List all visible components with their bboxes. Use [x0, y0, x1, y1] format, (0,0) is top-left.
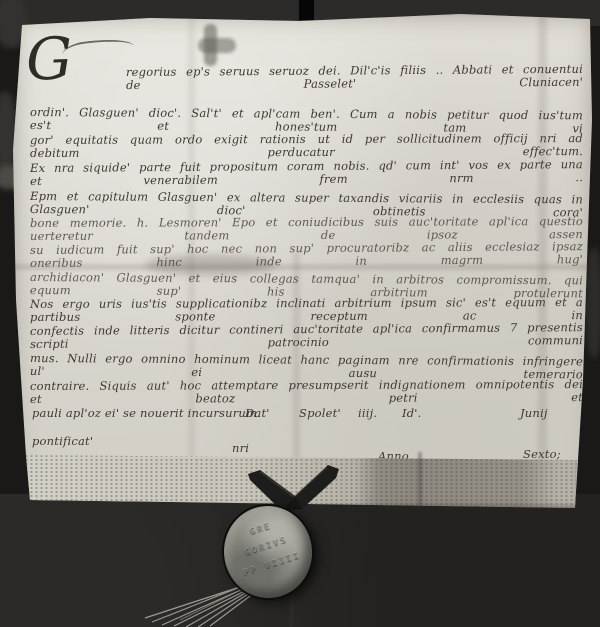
manuscript-line: su iudicum fuit sup' hoc nec non sup' pr… — [30, 240, 583, 269]
initial-flourish — [61, 36, 134, 61]
dateline-dat: Dat' — [245, 407, 270, 420]
yearline-pontificat: pontificat' — [32, 435, 93, 448]
yearline-sexto: Sexto; — [523, 448, 561, 461]
manuscript-line: bone memorie. h. Lesmoren' Epo et coniud… — [30, 215, 583, 242]
manuscript-line: Nos ergo uris ius'tis supplicationibz in… — [30, 296, 583, 323]
lead-bulla-seal: GRE GORIVS PP VIIII — [219, 502, 316, 603]
manuscript-line: gor' equitatis quam ordo exigit rationis… — [30, 132, 583, 159]
manuscript-line: confectis inde litteris dicitur continer… — [30, 321, 583, 350]
dateline-text: pauli apl'oz ei' se nouerit incursurum. — [32, 407, 261, 420]
charter-photo: G regorius ep's seruus seruoz dei. Dil'c… — [0, 0, 600, 627]
dateline-place: Spolet' — [299, 407, 341, 420]
manuscript-line: regorius ep's seruus seruoz dei. Dil'c'i… — [126, 63, 583, 91]
ink-stain — [198, 38, 236, 53]
backdrop-notch — [299, 0, 314, 20]
plica-crease — [418, 452, 422, 508]
parchment-sheet: G regorius ep's seruus seruoz dei. Dil'c… — [10, 12, 596, 510]
manuscript-line: Ex nra siquide' parte fuit propositum co… — [30, 158, 583, 187]
dateline-id: Id'. — [402, 407, 422, 420]
dateline-month: Junij — [520, 407, 548, 420]
manuscript-line: contraire. Siquis aut' hoc attemptare pr… — [30, 378, 583, 405]
dateline-day: iiij. — [358, 407, 377, 420]
backdrop-patch — [586, 248, 600, 358]
yearline-nri: nri — [232, 442, 249, 455]
